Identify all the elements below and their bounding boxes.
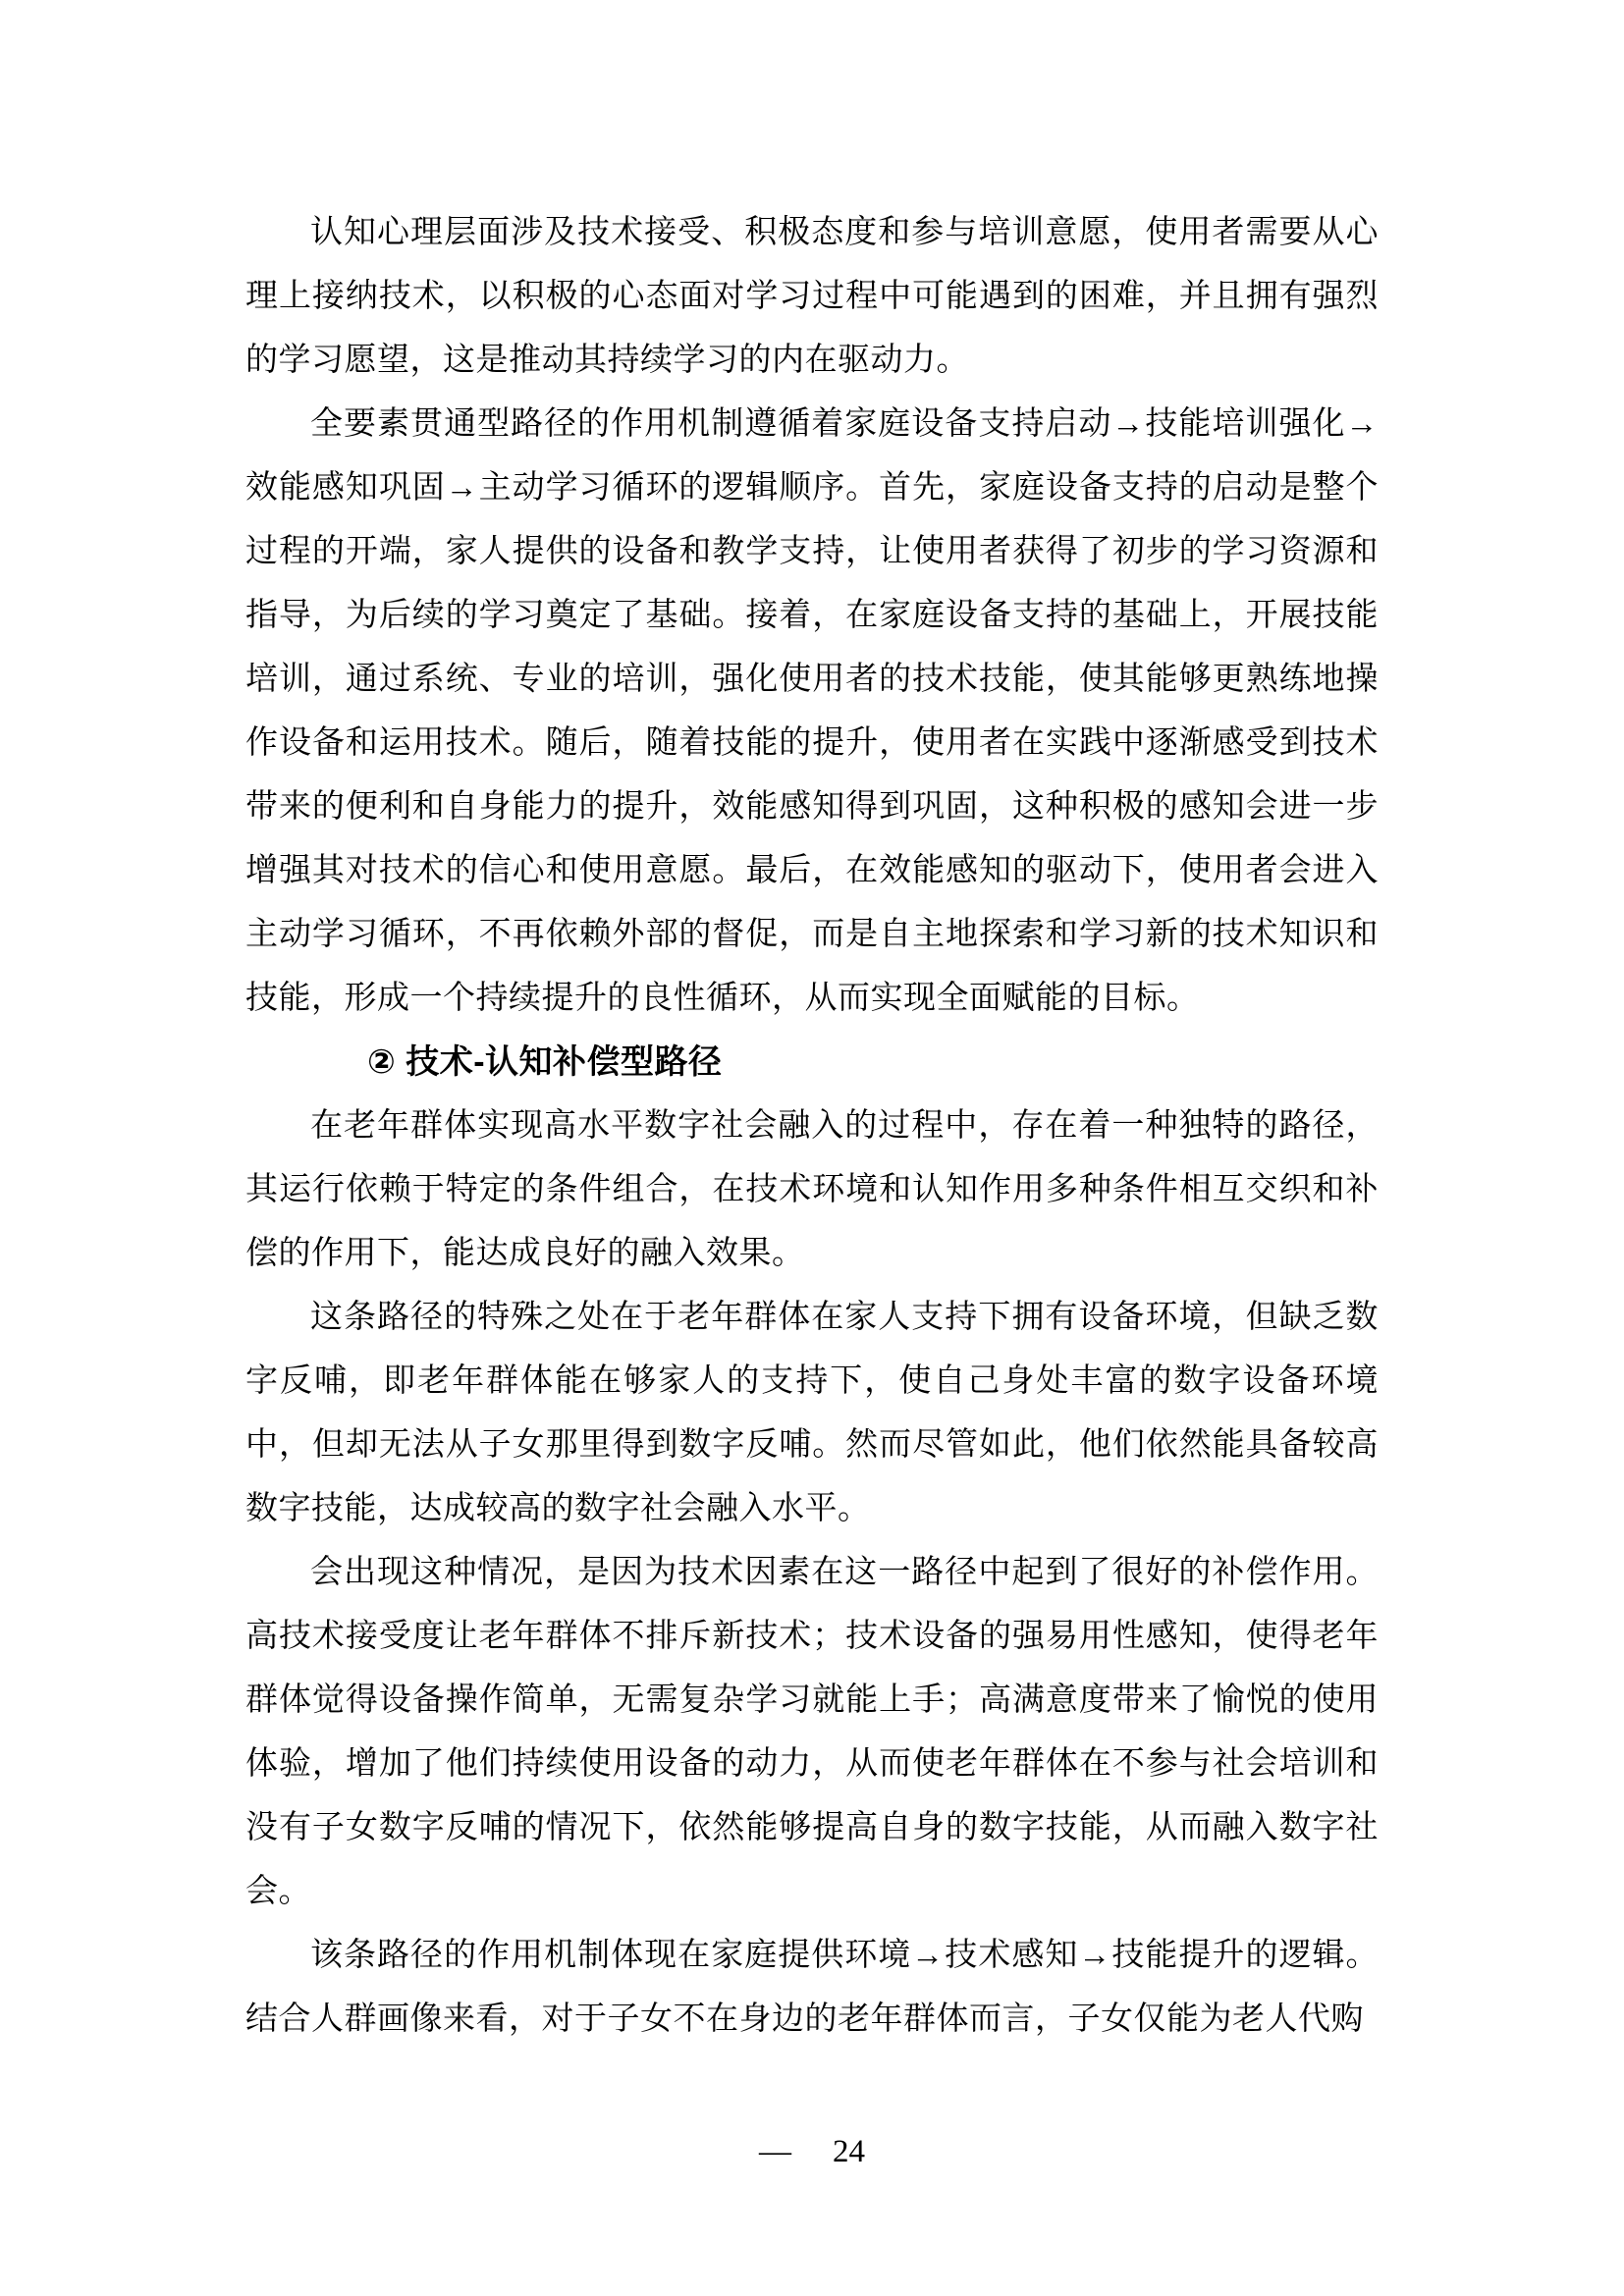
- paragraph-path-specialty: 这条路径的特殊之处在于老年群体在家人支持下拥有设备环境，但缺乏数字反哺，即老年群…: [245, 1286, 1379, 1541]
- paragraph-path-mechanism-logic: 该条路径的作用机制体现在家庭提供环境→技术感知→技能提升的逻辑。结合人群画像来看…: [245, 1924, 1379, 2052]
- section-heading-tech-cognitive-compensation-path: ② 技术-认知补偿型路径: [245, 1031, 1379, 1095]
- paragraph-compensation-explanation: 会出现这种情况，是因为技术因素在这一路径中起到了很好的补偿作用。高技术接受度让老…: [245, 1541, 1379, 1924]
- page-number: 24: [833, 2120, 865, 2184]
- footer-dash: —: [759, 2120, 791, 2184]
- page-footer: — 24: [0, 2120, 1624, 2184]
- paragraph-unique-path-intro: 在老年群体实现高水平数字社会融入的过程中，存在着一种独特的路径，其运行依赖于特定…: [245, 1095, 1379, 1286]
- paragraph-full-factor-path-mechanism: 全要素贯通型路径的作用机制遵循着家庭设备支持启动→技能培训强化→效能感知巩固→主…: [245, 393, 1379, 1031]
- paragraph-cognitive-psychology: 认知心理层面涉及技术接受、积极态度和参与培训意愿，使用者需要从心理上接纳技术，以…: [245, 201, 1379, 393]
- document-body: 认知心理层面涉及技术接受、积极态度和参与培训意愿，使用者需要从心理上接纳技术，以…: [245, 201, 1379, 2052]
- document-page: 认知心理层面涉及技术接受、积极态度和参与培训意愿，使用者需要从心理上接纳技术，以…: [0, 0, 1624, 2296]
